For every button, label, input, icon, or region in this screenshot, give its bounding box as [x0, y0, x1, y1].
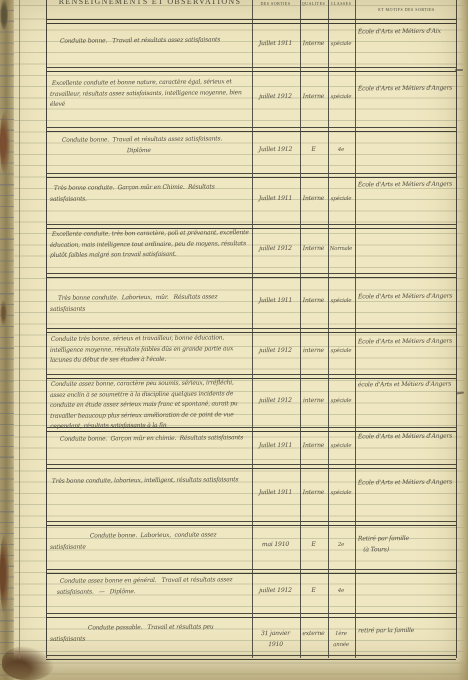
register-row: Très bonne conduite. Garçon mûr en Chimi…: [0, 176, 468, 227]
column-header-motifs-sorties: ET MOTIFS DES SORTIES: [357, 8, 456, 13]
motif-cell: École d'Arts et Métiers d'Angers: [358, 331, 454, 378]
motif-cell: École d'Arts et Métiers d'Angers: [358, 70, 455, 131]
qualite-cell: Interne: [301, 467, 326, 524]
motif-cell: École d'Arts et Métiers d'Angers: [358, 276, 454, 332]
register-row: Conduite très bonne, sérieux et travaill…: [0, 331, 468, 377]
observation-cell: Très bonne conduite. Laborieux, mûr. Rés…: [50, 275, 250, 332]
date-cell: Juillet 1911: [253, 276, 298, 331]
classe-cell: spéciale: [329, 276, 353, 331]
register-row: Conduite bonne. Garçon mûr en chimie. Ré…: [0, 430, 468, 467]
observation-cell: Excellente conduite, très bon caractère,…: [50, 226, 250, 277]
classe-cell: 4e: [329, 572, 353, 616]
qualite-cell: externe: [301, 616, 326, 658]
classe-cell: spéciale: [329, 467, 353, 524]
qualite-cell: E: [301, 130, 326, 176]
register-row: Conduite assez bonne, caractère peu soum…: [0, 377, 468, 430]
register-row: Très bonne conduite, laborieux, intellig…: [0, 467, 468, 524]
register-page: RENSEIGNEMENTS ET OBSERVATIONS DES SORTI…: [0, 0, 468, 680]
qualite-cell: Interne: [301, 430, 326, 467]
date-cell: juillet 1912: [253, 227, 298, 276]
register-row: Excellente conduite et bonne nature, car…: [0, 70, 468, 130]
date-cell: mai 1910: [253, 524, 298, 572]
column-header-classes: CLASSES: [329, 2, 353, 7]
qualite-cell: E: [301, 524, 326, 572]
observation-cell: Conduite passable. Travail et résultats …: [50, 615, 250, 659]
motif-cell: Retiré par famille (à Tours): [358, 524, 454, 573]
motif-cell: École d'Arts et Métiers d'Angers: [358, 176, 454, 228]
classe-cell: spéciale: [329, 377, 353, 430]
motif-cell: École d'Arts et Métiers d'Angers: [358, 467, 454, 525]
classe-cell: spéciale: [329, 176, 353, 227]
classe-cell: 1ère année: [329, 616, 353, 658]
register-row: Excellente conduite, très bon caractère,…: [0, 227, 468, 276]
date-cell: juillet 1912: [253, 331, 298, 377]
observation-cell: Conduite assez bonne en général. Travail…: [50, 571, 250, 617]
date-cell: Juillet 1911: [253, 176, 298, 227]
register-row: Conduite assez bonne en général. Travail…: [0, 572, 468, 616]
date-cell: Juillet 1911: [253, 467, 298, 524]
observation-cell: Conduite bonne. Travail et résultats ass…: [50, 129, 250, 177]
date-cell: 31 janvier 1910: [253, 616, 298, 658]
motif-cell: [358, 572, 454, 617]
classe-cell: spéciale: [329, 430, 353, 467]
date-cell: Juillet 1912: [253, 130, 298, 176]
classe-cell: spéciale: [329, 23, 353, 70]
column-header-qualites: QUALITÉS: [301, 2, 326, 7]
observation-cell: Conduite assez bonne, caractère peu soum…: [50, 376, 250, 431]
classe-cell: Normale: [329, 227, 353, 276]
classe-cell: 2e: [329, 524, 353, 572]
date-cell: juillet 1912: [253, 70, 299, 130]
motif-cell: retiré par la famille: [358, 616, 454, 659]
motif-cell: École d'Arts et Métiers d'Angers: [358, 430, 454, 468]
observation-cell: Conduite bonne. Travail et résultats ass…: [50, 22, 250, 71]
register-row: Conduite bonne. Laborieux, conduite asse…: [0, 524, 468, 572]
classe-cell: 4e: [329, 130, 353, 176]
column-header-dates-sorties: DES SORTIES: [253, 2, 298, 7]
qualite-cell: interne: [301, 331, 326, 377]
classe-cell: spéciale: [329, 331, 353, 377]
date-cell: juillet 1912: [253, 377, 298, 430]
observation-cell: Excellente conduite et bonne nature, car…: [50, 69, 251, 131]
date-cell: Juillet 1911: [253, 23, 298, 70]
register-row: Très bonne conduite. Laborieux, mûr. Rés…: [0, 276, 468, 331]
date-cell: Juillet 1911: [253, 430, 298, 467]
qualite-cell: Interne: [301, 227, 326, 276]
observation-cell: Très bonne conduite. Garçon mûr en Chimi…: [50, 175, 250, 228]
observation-cell: Conduite bonne. Laborieux, conduite asse…: [50, 523, 250, 573]
motif-cell: [358, 227, 454, 277]
register-row: Conduite bonne. Travail et résultats ass…: [0, 23, 468, 70]
classe-cell: spéciale: [329, 70, 354, 130]
observation-cell: Très bonne conduite, laborieux, intellig…: [50, 466, 250, 525]
page-bottom-edge: [0, 658, 468, 680]
motif-cell: École d'Arts et Métiers d'Aix: [358, 23, 454, 71]
motif-cell: [358, 130, 454, 177]
observation-cell: Conduite bonne. Garçon mûr en chimie. Ré…: [50, 429, 250, 468]
column-header-observations: RENSEIGNEMENTS ET OBSERVATIONS: [48, 0, 252, 8]
qualite-cell: Interne: [301, 70, 327, 130]
register-row: Conduite passable. Travail et résultats …: [0, 616, 468, 658]
observation-cell: Conduite très bonne, sérieux et travaill…: [50, 330, 250, 378]
date-cell: juillet 1912: [253, 572, 298, 616]
qualite-cell: Interne: [301, 276, 326, 331]
row-separator: [46, 655, 456, 660]
motif-cell: école d'Arts et Métiers d'Angers: [358, 377, 454, 431]
register-row: Conduite bonne. Travail et résultats ass…: [0, 130, 468, 176]
qualite-cell: E: [301, 572, 326, 616]
qualite-cell: Interne: [301, 23, 326, 70]
qualite-cell: Interne: [301, 176, 326, 227]
qualite-cell: interne: [301, 377, 326, 430]
